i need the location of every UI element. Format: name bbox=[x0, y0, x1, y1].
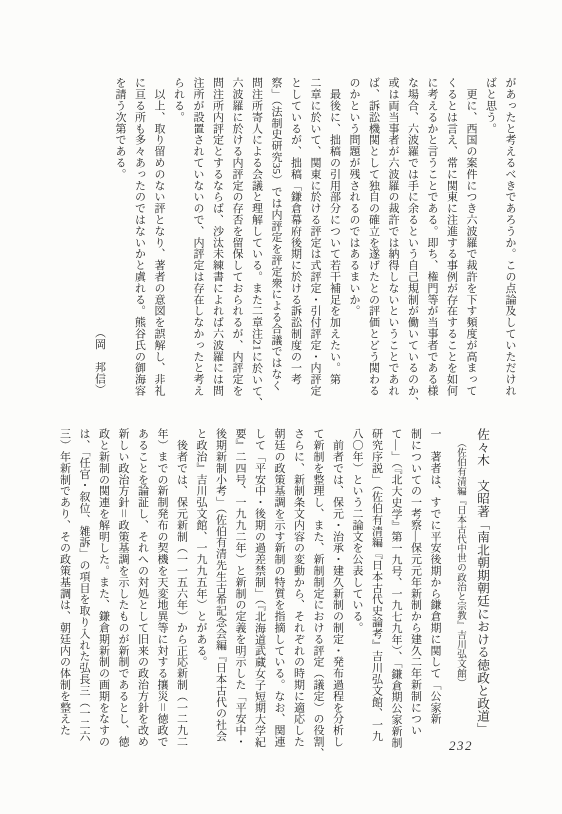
page-number: 232 bbox=[449, 738, 473, 754]
text-line: 注所が設置されていないので、内評定は存在しなかったと考え bbox=[188, 77, 208, 395]
text-line: 以上、取り留めのない評となり、著者の意図を誤解し、非礼 bbox=[149, 77, 169, 395]
text-line: て―」（『北大史学』第一九号、一九七九年）、「鎌倉期公家新制 bbox=[386, 428, 406, 738]
text-line: くるとは言え、常に関東に注進する事例が存在することを如何 bbox=[441, 77, 461, 395]
text-line: 三）年新制であり、その政策基調は、朝廷内の体制を整えた bbox=[54, 428, 74, 738]
text-line: に考えるかと言うことである。即ち、権門等が当事者である様 bbox=[422, 77, 442, 395]
text-line: 研究序説」（佐伯有清編『日本古代史論考』吉川弘文館、一九 bbox=[366, 428, 386, 738]
text-line: 問注所寄人による会議と理解している。また二章注21に於いて、 bbox=[246, 77, 266, 395]
text-line: 要』二四号、一九九二年）と新制の定義を明示した「平安中・ bbox=[230, 428, 250, 738]
text-line: 最後に、拙稿の引用部分について若干補足を加えたい。第 bbox=[324, 77, 344, 395]
text-line: 前者では、保元・治承・建久新制の制定・発布過程を分析し bbox=[327, 428, 347, 738]
text-line: 八〇年）という二論文を公表している。 bbox=[347, 428, 367, 738]
previous-review-ending: があったと考えるべきであろうか。この点論及していただければと思う。 更に、西国の… bbox=[89, 77, 519, 395]
text-line: な場合、六波羅では手に余るという自己規制が働いているのか、 bbox=[402, 77, 422, 395]
reviewer-signature: （岡 邦信） bbox=[89, 77, 109, 395]
text-line: のかという問題が残されるのではあるまいか。 bbox=[344, 77, 364, 395]
book-title: 佐々木 文昭著「南北朝期朝廷における徳政と政道」 bbox=[470, 428, 494, 738]
text-line: と政治』吉川弘文館、一九九五年）とがある。 bbox=[191, 428, 211, 738]
text-line: 二章に於いて、関東に於ける評定は式評定・引付評定・内評定 bbox=[305, 77, 325, 395]
text-line: 六波羅に於ける内評定の存否を留保しておられるが、内評定を bbox=[227, 77, 247, 395]
text-line: さらに、新制条文内容の変動から、それぞれの時期に適応した bbox=[288, 428, 308, 738]
text-line: ば、訴訟機関として独自の確立を遂げたとの評価とどう関わる bbox=[363, 77, 383, 395]
text-line: は、「任官・叙位、雑訴」の項目を取り入れた弘長三（一二六 bbox=[74, 428, 94, 738]
text-line: して「平安中・後期の過差禁制」（『北海道武蔵女子短期大学紀 bbox=[249, 428, 269, 738]
review-end-text: があったと考えるべきであろうか。この点論及していただければと思う。 更に、西国の… bbox=[110, 77, 520, 395]
text-line: 或は両当事者が六波羅の裁許では納得しないということであれ bbox=[383, 77, 403, 395]
text-line: 察」（法制史研究35）では内評定を評定衆による合議ではなく bbox=[266, 77, 286, 395]
text-line: 問注所内評定とするならば、沙汰未練書によれば六波羅には問 bbox=[207, 77, 227, 395]
text-line: 年）までの新制発布の契機を天変地異等に対する攘災＝徳政で bbox=[152, 428, 172, 738]
review-body-text: 一 著者は、すでに平安後期から鎌倉期に関して「公家新制についての一考察―保元元年… bbox=[54, 428, 444, 738]
text-line: 政と新制の関連を解明した。また、鎌倉期新制の画期をなすの bbox=[93, 428, 113, 738]
text-line: 後期新制小考」（佐伯有清先生古希記念会編『日本古代の社会 bbox=[210, 428, 230, 738]
text-line: に亘る所も多々あったのではないかと虞れる。熊谷氏の御海容 bbox=[129, 77, 149, 395]
text-line: 更に、西国の案件につき六波羅で裁許を下す頻度が高まって bbox=[461, 77, 481, 395]
text-line: を請う次第である。 bbox=[110, 77, 130, 395]
publisher-note: （佐伯有清編『日本古代中世の政治と宗教』吉川弘文館） bbox=[450, 428, 470, 738]
text-line: 後者では、保元新制（一一五六年）から正応新制（一二九二 bbox=[171, 428, 191, 738]
text-line: 新しい政治方針＝政策基調を示したものが新制であるとし、徳 bbox=[113, 428, 133, 738]
scanned-page: があったと考えるべきであろうか。この点論及していただければと思う。 更に、西国の… bbox=[0, 0, 562, 814]
text-line: 朝廷の政策基調を示す新制の特質を指摘している。なお、関連 bbox=[269, 428, 289, 738]
text-line: としているが、拙稿「鎌倉幕府後期に於ける訴訟制度の一考 bbox=[285, 77, 305, 395]
text-line: ばと思う。 bbox=[480, 77, 500, 395]
text-line: 一 著者は、すでに平安後期から鎌倉期に関して「公家新 bbox=[425, 428, 445, 738]
text-line: あることを論証し、それへの対処として旧来の政治方針を改め bbox=[132, 428, 152, 738]
text-line: があったと考えるべきであろうか。この点論及していただけれ bbox=[500, 77, 520, 395]
text-line: て新制を整理し、また、新制制定における評定（議定）の役割、 bbox=[308, 428, 328, 738]
text-line: られる。 bbox=[168, 77, 188, 395]
text-line: 制についての一考察―保元元年新制から建久二年新制につい bbox=[405, 428, 425, 738]
book-review-start: 佐々木 文昭著「南北朝期朝廷における徳政と政道」 （佐伯有清編『日本古代中世の政… bbox=[54, 428, 494, 738]
